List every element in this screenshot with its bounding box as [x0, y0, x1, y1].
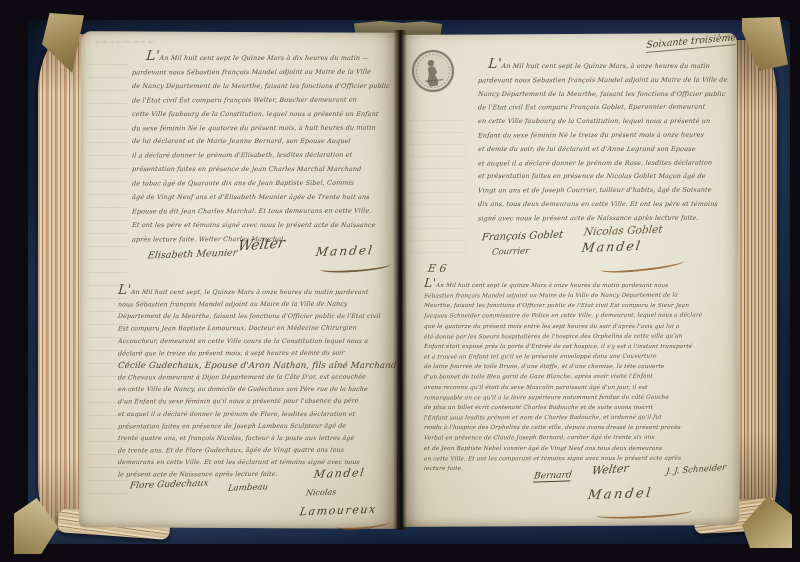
handwritten-line: et demie du soir, de lui déclarant et d'…: [477, 143, 740, 157]
signature-bernard: Bernard: [533, 470, 572, 482]
handwritten-line: Accoucheur, demeurant en cette Ville cou…: [117, 336, 398, 348]
handwritten-line: de Nancy Département de la Meurthe, fais…: [131, 80, 396, 94]
handwritten-line: déclaré que le treize du présent mois, à…: [117, 347, 398, 360]
handwritten-line: de l'Etat civil Est comparu françois Wel…: [131, 93, 396, 108]
signature-courrier: Courrier: [491, 246, 530, 257]
handwritten-line: pardevant nous Sébastien françois Mandel…: [477, 73, 740, 88]
handwritten-line: cette Ville faubourg de la Constitution,…: [131, 108, 396, 122]
handwritten-line: Et ont les père et témoins signé avec no…: [131, 219, 396, 233]
handwritten-line: Jacques Schneider commissaire de Police …: [424, 311, 741, 322]
handwritten-line: présentation faites en présence de Jean …: [131, 163, 396, 177]
handwritten-line: Vingt un ans et de Joseph Courrier, tail…: [477, 184, 740, 199]
handwritten-line: de l'Etat civil Est comparu François Gob…: [477, 101, 740, 116]
handwritten-line: L'An Mil huit cent sept le Quinze Mars à…: [131, 50, 396, 66]
handwritten-line: en cette Ville. Et ont les comparant et …: [424, 453, 741, 464]
handwritten-line: il a déclaré donner le prénom d'Elisabet…: [131, 149, 396, 164]
signature-lamoureux: Lamoureux: [299, 503, 378, 519]
handwritten-line: d'un bonnet de toile Bleu garni de Gaze …: [424, 372, 741, 383]
photographed-register-scan: ~·~ ~~··~ ·~~ ~· L'An Mil huit cent sept…: [0, 0, 800, 562]
handwritten-line: Enfant étoit exposé près la porte d'Entr…: [424, 342, 741, 352]
foundling-act-badouche: L'An Mil huit cent sept le quinze Mars à…: [424, 278, 740, 474]
handwritten-line: dix ans, tous deux demeurans en cette Vi…: [477, 198, 740, 212]
handwritten-line: L'An Mil huit cent sept le quinze Mars à…: [423, 278, 740, 291]
signature-lambeau: Lambeau: [227, 482, 268, 493]
handwritten-line: Département de la Meurthe, faisant les f…: [117, 311, 398, 323]
signature-mandel: Mandel: [315, 243, 375, 259]
handwritten-line: de plus un billet écrit contenant Charle…: [424, 403, 741, 413]
handwritten-line: Cécile Gudechaux, Epouse d'Aron Nathan, …: [117, 360, 398, 372]
birth-act-welter: L'An Mil huit cent sept le Quinze Mars à…: [132, 50, 396, 247]
handwritten-line: Verbal en présence de Claude Joseph Bern…: [424, 433, 741, 444]
handwritten-line: du sexe féminin Né le quatorze du présen…: [131, 121, 396, 136]
handwritten-line: Enfant du sexe féminin Né le treize du p…: [477, 129, 740, 144]
handwritten-line: trente quatre ans, et françois Nicolas, …: [117, 433, 398, 445]
bleedthrough-header-marks: ~·~ ~~··~ ·~~ ~·: [95, 38, 215, 46]
signature-mandel: Mandel: [581, 238, 643, 255]
birth-act-gudechaux: L'An Mil huit cent sept, le Quinze Mars …: [118, 284, 398, 482]
handwritten-line: de Chevaux demeurant à Dijon Département…: [117, 372, 398, 385]
handwritten-line: nous Sébastien françois Mandel adjoint a…: [117, 299, 398, 312]
handwritten-line: et auquel il a déclaré donner le prénom …: [477, 156, 740, 171]
margin-note-e6: E 6: [427, 262, 447, 275]
signature-nicolas: Nicolas: [305, 487, 337, 497]
handwritten-line: remarquable en ce qu'il a la lèvre supér…: [424, 392, 741, 403]
handwritten-line: en cette Ville faubourg de la Constituti…: [477, 115, 740, 129]
handwritten-line: avons reconnu qu'il étoit du sexe Mascul…: [424, 383, 741, 393]
handwritten-line: âgé de Vingt Neuf ans et d'Elisabeth Meu…: [131, 191, 396, 205]
handwritten-line: que le quatorze du présent mois entre le…: [424, 322, 741, 332]
handwritten-line: d'un Enfant du sexe féminin qu'il nous a…: [117, 396, 398, 409]
handwritten-line: pardevant nous Sébastien françois Mandel…: [131, 65, 396, 80]
handwritten-line: de tabac âgé de Quarante dix ans de Jean…: [131, 177, 396, 192]
handwritten-line: Est comparu Jean Baptiste Lamoureux, Doc…: [117, 323, 398, 336]
handwritten-line: été donné par les Soeurs hospitalières d…: [424, 331, 741, 342]
handwritten-line: Nancy Département de la Meurthe, faisant…: [477, 88, 740, 102]
handwritten-line: signé avec nous le présent acte de Naiss…: [477, 211, 740, 226]
handwritten-line: Epouse du dit Jean Charles Marchal. Et t…: [131, 205, 396, 220]
official-round-stamp-icon: [407, 45, 459, 97]
handwritten-line: de trente ans. Et de Flore Gudechaux, âg…: [117, 445, 398, 458]
signature-welter-flourish: Welter: [591, 462, 630, 478]
signature-mandel: Mandel: [587, 486, 654, 503]
handwritten-line: L'An Mil huit cent sept le Quinze Mars, …: [477, 58, 740, 74]
handwritten-line: de lui déclarant et de Marie Jeanne Bern…: [131, 135, 396, 149]
birth-act-goblet: L'An Mil huit cent sept le Quinze Mars, …: [478, 58, 740, 226]
handwritten-line: et présentation faites en présence de Ni…: [477, 170, 740, 184]
handwritten-line: et auquel il a déclaré donner le prénom …: [117, 409, 398, 421]
handwritten-line: et de Jean Baptiste Nebel vannier âgé de…: [424, 444, 741, 454]
handwritten-line: présentation faites en présence de Josep…: [117, 420, 398, 433]
handwritten-line: L'An Mil huit cent sept, le Quinze Mars …: [117, 284, 398, 299]
handwritten-line: en cette Ville de Nancy, au domicile de …: [117, 384, 398, 396]
signature-mandel: Mandel: [313, 466, 366, 481]
ink-bleedthrough-right-margin: [410, 120, 466, 260]
